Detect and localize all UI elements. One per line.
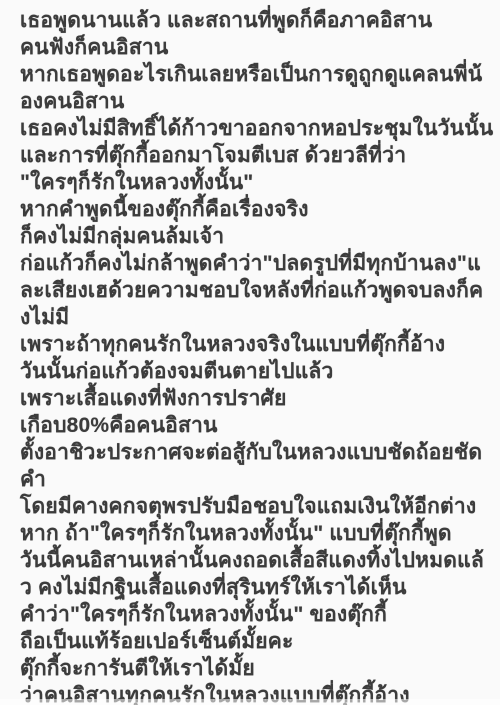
text-line: ตั้งอาชิวะประกาศจะต่อสู้กับในหลวงแบบชัดถ… (20, 439, 486, 466)
text-line: ถือเป็นแท้ร้อยเปอร์เซ็นต์มั้ยคะ (20, 628, 486, 655)
text-line: วันนี้คนอิสานเหล่านั้นคงถอดเสื้อสีแดงทิ้… (20, 547, 486, 574)
text-line: คนฟังก็คนอิสาน (20, 34, 486, 61)
text-line: เธอคงไม่มีสิทธิ์ได้ก้าวขาออกจากหอประชุมใ… (20, 115, 486, 142)
text-line: ละเสียงเฮด้วยความชอบใจหลังที่ก่อแก้วพูดจ… (20, 277, 486, 304)
text-line: และการที่ตุ๊กกี้ออกมาโจมตีเบส ด้วยวลีที่… (20, 142, 486, 169)
text-line: องคนอิสาน (20, 88, 486, 115)
text-line: งไม่มี (20, 304, 486, 331)
text-line: ตุ๊กกี้จะการันตีให้เราได้มั้ย (20, 655, 486, 682)
text-line: วันนั้นก่อแก้วต้องจมตีนตายไปแล้ว (20, 358, 486, 385)
text-line: เพราะถ้าทุกคนรักในหลวงจริงในแบบที่ตุ๊กกี… (20, 331, 486, 358)
text-line: เกือบ80%คือคนอิสาน (20, 412, 486, 439)
text-line: เธอพูดนานแล้ว และสถานที่พูดก็คือภาคอิสาน (20, 7, 486, 34)
text-block: เธอพูดนานแล้ว และสถานที่พูดก็คือภาคอิสาน… (0, 0, 500, 705)
text-line: คำ (20, 466, 486, 493)
text-line: คำว่า"ใครๆก็รักในหลวงทั้งนั้น" ของตุ๊กกี… (20, 601, 486, 628)
text-line: หากคำพูดนี้ของตุ๊กกี้คือเรื่องจริง (20, 196, 486, 223)
text-line: โดยมีคางคกจตุพรปรับมือชอบใจแถมเงินให้อีก… (20, 493, 486, 520)
text-line: "ใครๆก็รักในหลวงทั้งนั้น" (20, 169, 486, 196)
text-line: ก่อแก้วก็คงไม่กล้าพูดคำว่า"ปลดรูปที่มีทุ… (20, 250, 486, 277)
text-line: หาก ถ้า"ใครๆก็รักในหลวงทั้งนั้น" แบบที่ต… (20, 520, 486, 547)
text-line: ก็คงไม่มีกลุ่มคนล้มเจ้า (20, 223, 486, 250)
text-line: ว คงไม่มีกฐินเสื้อแดงที่สุรินทร์ให้เราได… (20, 574, 486, 601)
bottom-edge-strip (0, 699, 500, 705)
text-line: หากเธอพูดอะไรเกินเลยหรือเป็นการดูถูกดูแค… (20, 61, 486, 88)
text-line: เพราะเสื้อแดงที่ฟังการปราศัย (20, 385, 486, 412)
